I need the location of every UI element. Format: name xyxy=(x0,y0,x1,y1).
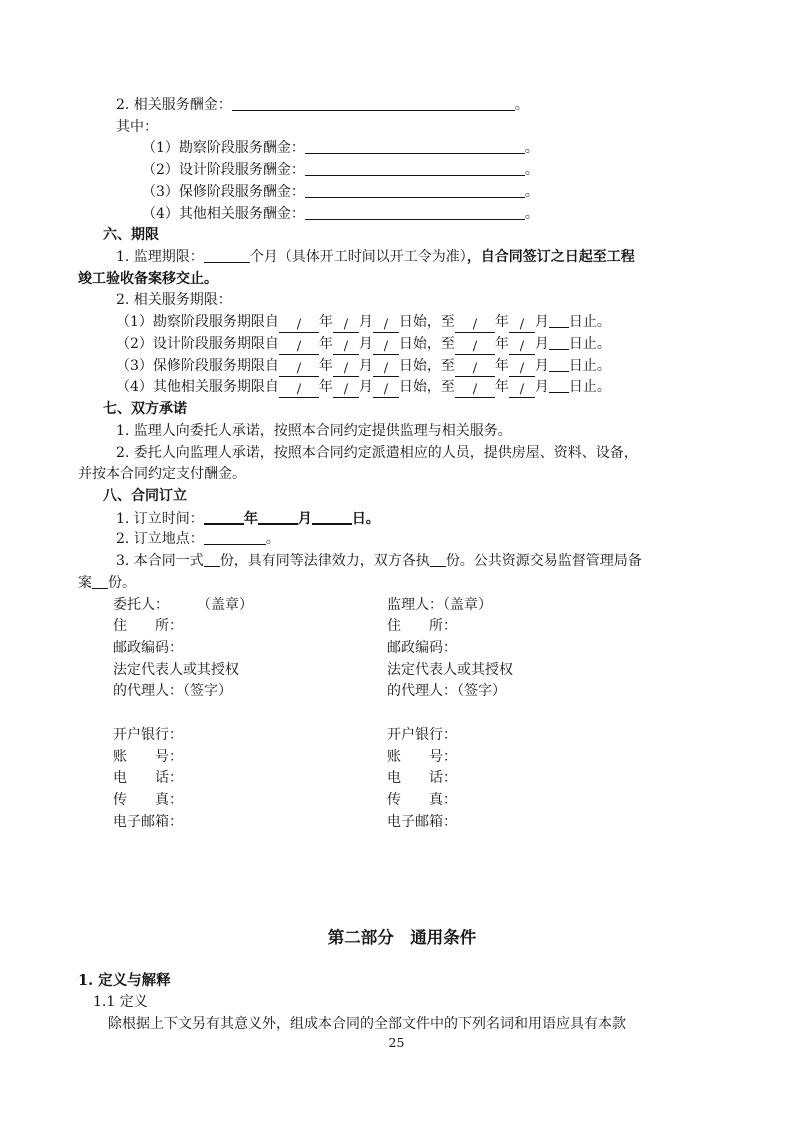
bank-email-row-left: 电子邮箱： xyxy=(113,812,183,834)
blank-field xyxy=(204,247,250,263)
section6-heading: 六、期限 xyxy=(78,225,726,247)
text-run: 日始，至 xyxy=(399,379,455,395)
bank-fax-row-left: 传 真： xyxy=(113,790,183,812)
text-run: 1. 监理期限： xyxy=(116,249,204,265)
text-run: 。 xyxy=(525,206,539,222)
signature-legal-rep-row: 法定代表人或其授权法定代表人或其授权 xyxy=(78,660,726,682)
text-run: 年 xyxy=(495,358,509,374)
text-run: （3）保修阶段服务期限自 xyxy=(116,358,279,374)
blank-field xyxy=(305,160,525,176)
blank-field: / xyxy=(333,317,359,333)
period-survey-stage: （1）勘察阶段服务期限自/年/月/日始，至/年/月日止。 xyxy=(78,312,726,334)
text-run: 。 xyxy=(525,140,539,156)
text-run: 月 xyxy=(359,314,373,330)
bank-name-row: 开户银行：开户银行： xyxy=(78,725,726,747)
blank-field xyxy=(305,182,525,198)
text-run: 月 xyxy=(535,358,549,374)
clause-definitions-sub: 1.1 定义 xyxy=(78,992,726,1014)
text-run: 。 xyxy=(515,97,529,113)
text-run: （1）勘察阶段服务期限自 xyxy=(116,314,279,330)
text-run: 月 xyxy=(535,314,549,330)
blank-field xyxy=(549,377,569,393)
text-run: 六、期限 xyxy=(103,227,159,243)
bank-phone-row-right: 电 话： xyxy=(387,768,457,790)
blank-field: / xyxy=(509,361,535,377)
page-number: 25 xyxy=(0,1035,793,1050)
text-run: 月 xyxy=(535,336,549,352)
blank-field xyxy=(232,95,515,111)
blank-field: / xyxy=(279,361,319,377)
text-run: （3）保修阶段服务酬金： xyxy=(142,184,305,200)
text-run: 案 xyxy=(78,575,92,591)
bank-phone-row: 电 话：电 话： xyxy=(78,768,726,790)
clause-definitions-heading: 1. 定义与解释 xyxy=(78,970,726,992)
signature-party-row-right: 监理人：（盖章） xyxy=(387,595,492,617)
clause-definitions-body: 除根据上下文另有其意义外，组成本合同的全部文件中的下列名词和用语应具有本款 xyxy=(78,1014,726,1036)
signature-agent-row-left: 的代理人：（签字） xyxy=(113,681,232,703)
signature-legal-rep-row-left: 法定代表人或其授权 xyxy=(113,660,239,682)
blank-field: / xyxy=(509,382,535,398)
blank-field: / xyxy=(333,339,359,355)
section7-item2-cont: 并按本合同约定支付酬金。 xyxy=(78,464,726,486)
blank-field xyxy=(312,508,352,525)
text-run: 月 xyxy=(535,379,549,395)
blank-field xyxy=(258,508,298,525)
text-run: 年 xyxy=(495,379,509,395)
blank-field: / xyxy=(333,361,359,377)
text-run: 月 xyxy=(359,379,373,395)
text-run: 份。 xyxy=(108,575,136,591)
section8-item3: 3. 本合同一式份，具有同等法律效力，双方各执份。公共资源交易监督管理局备 xyxy=(78,551,726,573)
blank-field xyxy=(305,138,525,154)
text-run: （2）设计阶段服务期限自 xyxy=(116,336,279,352)
text-run: 份。公共资源交易监督管理局备 xyxy=(446,553,642,569)
text-run: 日始，至 xyxy=(399,314,455,330)
blank-field: / xyxy=(373,382,399,398)
text-run: 日止。 xyxy=(569,336,611,352)
text-run: 日始，至 xyxy=(399,336,455,352)
signature-postcode-row-right: 邮政编码： xyxy=(387,638,457,660)
signature-party-row-left: 委托人： （盖章） xyxy=(113,595,253,617)
section7-item2: 2. 委托人向监理人承诺，按照本合同约定派遣相应的人员，提供房屋、资料、设备， xyxy=(78,443,726,465)
blank-field xyxy=(549,312,569,328)
blank-field: / xyxy=(455,339,495,355)
text-run: 七、双方承诺 xyxy=(103,401,187,417)
text-run: 1. 监理人向委托人承诺，按照本合同约定提供监理与相关服务。 xyxy=(116,423,512,439)
blank-field: / xyxy=(509,317,535,333)
text-run: 份，具有同等法律效力，双方各执 xyxy=(220,553,430,569)
fee-design-stage: （2）设计阶段服务酬金：。 xyxy=(78,160,726,182)
signature-legal-rep-row-right: 法定代表人或其授权 xyxy=(387,660,513,682)
text-run: 月 xyxy=(359,358,373,374)
text-run: 年 xyxy=(319,379,333,395)
blank-line xyxy=(78,703,726,725)
text-run: 2. 订立地点： xyxy=(116,531,204,547)
section6-item1-cont: 竣工验收备案移交止。 xyxy=(78,269,726,291)
blank-field: / xyxy=(279,317,319,333)
text-run: 。 xyxy=(525,162,539,178)
blank-field: / xyxy=(509,339,535,355)
text-run: 日止。 xyxy=(569,358,611,374)
blank-field: / xyxy=(455,382,495,398)
fee-related-total: 2. 相关服务酬金：。 xyxy=(78,95,726,117)
contract-lines: 2. 相关服务酬金：。其中：（1）勘察阶段服务酬金：。（2）设计阶段服务酬金：。… xyxy=(78,95,726,833)
text-run: 年 xyxy=(244,511,258,527)
bank-account-row-right: 账 号： xyxy=(387,747,457,769)
blank-field xyxy=(204,551,220,567)
fee-warranty-stage: （3）保修阶段服务酬金：。 xyxy=(78,182,726,204)
blank-field: / xyxy=(455,317,495,333)
blank-field: / xyxy=(279,339,319,355)
period-other-related: （4）其他相关服务期限自/年/月/日始，至/年/月日止。 xyxy=(78,377,726,399)
signature-postcode-row: 邮政编码：邮政编码： xyxy=(78,638,726,660)
text-run: 月 xyxy=(359,336,373,352)
bank-name-row-left: 开户银行： xyxy=(113,725,183,747)
signature-party-row: 委托人： （盖章）监理人：（盖章） xyxy=(78,595,726,617)
blank-field: / xyxy=(279,382,319,398)
text-run: 2. 相关服务酬金： xyxy=(116,97,232,113)
text-run: 竣工验收备案移交止。 xyxy=(78,271,218,287)
section8-heading: 八、合同订立 xyxy=(78,486,726,508)
blank-field: / xyxy=(373,361,399,377)
text-run: （1）勘察阶段服务酬金： xyxy=(142,140,305,156)
text-run: 2. 委托人向监理人承诺，按照本合同约定派遣相应的人员，提供房屋、资料、设备， xyxy=(116,445,638,461)
section6-item1: 1. 监理期限：个月（具体开工时间以开工令为准），自合同签订之日起至工程 xyxy=(78,247,726,269)
signature-agent-row-right: 的代理人：（签字） xyxy=(387,681,506,703)
text-run: （4）其他相关服务酬金： xyxy=(142,206,305,222)
text-run: 2. 相关服务期限： xyxy=(116,292,232,308)
fee-survey-stage: （1）勘察阶段服务酬金：。 xyxy=(78,138,726,160)
signature-postcode-row-left: 邮政编码： xyxy=(113,638,183,660)
blank-field xyxy=(92,573,108,589)
text-run: （4）其他相关服务期限自 xyxy=(116,379,279,395)
section6-item2: 2. 相关服务期限： xyxy=(78,290,726,312)
text-run: 日始，至 xyxy=(399,358,455,374)
document-page: 2. 相关服务酬金：。其中：（1）勘察阶段服务酬金：。（2）设计阶段服务酬金：。… xyxy=(0,0,793,1123)
text-run: 。 xyxy=(266,531,280,547)
text-run: （2）设计阶段服务酬金： xyxy=(142,162,305,178)
blank-field: / xyxy=(373,339,399,355)
text-run: 日止。 xyxy=(569,314,611,330)
signature-address-row-left: 住 所： xyxy=(113,616,183,638)
bank-phone-row-left: 电 话： xyxy=(113,768,183,790)
blank-field xyxy=(549,334,569,350)
bank-fax-row-right: 传 真： xyxy=(387,790,457,812)
section8-item3-cont: 案份。 xyxy=(78,573,726,595)
text-run: 年 xyxy=(495,314,509,330)
bank-account-row: 账 号：账 号： xyxy=(78,747,726,769)
blank-field xyxy=(305,204,525,220)
blank-field xyxy=(204,529,266,545)
blank-field xyxy=(430,551,446,567)
signature-address-row: 住 所：住 所： xyxy=(78,616,726,638)
text-run: 日。 xyxy=(352,511,380,527)
text-run: 并按本合同约定支付酬金。 xyxy=(78,466,246,482)
section7-item1: 1. 监理人向委托人承诺，按照本合同约定提供监理与相关服务。 xyxy=(78,421,726,443)
text-run: 年 xyxy=(319,358,333,374)
signature-agent-row: 的代理人：（签字）的代理人：（签字） xyxy=(78,681,726,703)
text-run: 八、合同订立 xyxy=(103,488,187,504)
period-warranty-stage: （3）保修阶段服务期限自/年/月/日始，至/年/月日止。 xyxy=(78,356,726,378)
blank-field: / xyxy=(333,382,359,398)
period-design-stage: （2）设计阶段服务期限自/年/月/日始，至/年/月日止。 xyxy=(78,334,726,356)
bank-email-row: 电子邮箱：电子邮箱： xyxy=(78,812,726,834)
section7-heading: 七、双方承诺 xyxy=(78,399,726,421)
text-run: ，自合同签订之日起至工程 xyxy=(467,249,635,265)
text-run: 1. 订立时间： xyxy=(116,511,204,527)
section8-item2: 2. 订立地点：。 xyxy=(78,529,726,551)
bank-email-row-right: 电子邮箱： xyxy=(387,812,457,834)
blank-field xyxy=(549,356,569,372)
text-run: 3. 本合同一式 xyxy=(116,553,204,569)
text-run: 年 xyxy=(495,336,509,352)
blank-field xyxy=(204,508,244,525)
bank-fax-row: 传 真：传 真： xyxy=(78,790,726,812)
signature-address-row-right: 住 所： xyxy=(387,616,457,638)
text-run: 年 xyxy=(319,336,333,352)
bank-name-row-right: 开户银行： xyxy=(387,725,457,747)
contract-body: 2. 相关服务酬金：。其中：（1）勘察阶段服务酬金：。（2）设计阶段服务酬金：。… xyxy=(78,95,726,1036)
fee-breakdown-label: 其中： xyxy=(78,117,726,139)
fee-other-related: （4）其他相关服务酬金：。 xyxy=(78,204,726,226)
part2-heading: 第二部分 通用条件 xyxy=(78,925,726,951)
text-run: 月 xyxy=(298,511,312,527)
text-run: 其中： xyxy=(116,119,158,135)
blank-field: / xyxy=(373,317,399,333)
part2-section: 第二部分 通用条件 1. 定义与解释 1.1 定义 除根据上下文另有其意义外，组… xyxy=(78,925,726,1035)
text-run: 。 xyxy=(525,184,539,200)
text-run: 日止。 xyxy=(569,379,611,395)
text-run: 年 xyxy=(319,314,333,330)
text-run: 个月（具体开工时间以开工令为准） xyxy=(250,249,467,265)
blank-field: / xyxy=(455,361,495,377)
bank-account-row-left: 账 号： xyxy=(113,747,183,769)
section8-item1: 1. 订立时间：年月日。 xyxy=(78,508,726,530)
